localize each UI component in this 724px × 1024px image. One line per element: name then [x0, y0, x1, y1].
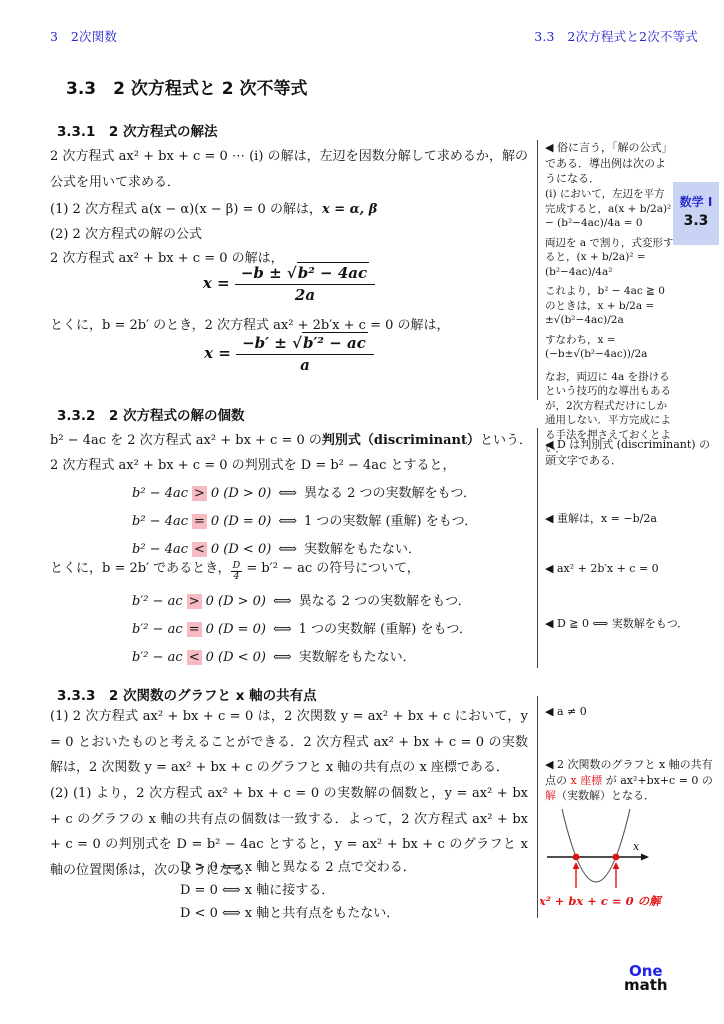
- display-formula-quadratic: x = −b ± √b² − 4ac 2a: [50, 264, 528, 304]
- header-chapter: 3 2次関数: [50, 27, 117, 45]
- graph-case-d-negative: D < 0 ⟺ x 軸と共有点をもたない．: [180, 902, 399, 921]
- formula2-lhs: x =: [204, 344, 231, 362]
- item-331-1-answer: x = α, β: [322, 202, 377, 217]
- paragraph-333-1: (1) 2 次方程式 ax² + bx + c = 0 は，2 次関数 y = …: [50, 704, 528, 781]
- iff-arrow: ⟺: [278, 514, 297, 529]
- derivation-step-3: これより，b² − 4ac ≧ 0 のときは，x + b/2a = ±√(b²−…: [545, 284, 675, 328]
- margin-rule-3: [537, 696, 538, 918]
- discriminant-term: 判別式（discriminant）: [322, 433, 480, 448]
- highlight-op: <: [187, 650, 202, 665]
- margin-note-a-nonzero: ◀ a ≠ 0: [545, 704, 715, 720]
- formula2-fraction: −b′ ± √b′² − ac a: [236, 334, 374, 374]
- iff-arrow: ⟺: [278, 486, 297, 501]
- item-331-1-text: (1) 2 次方程式 a(x − α)(x − β) = 0 の解は，: [50, 202, 322, 217]
- derivation-step-4: すなわち，x = (−b±√(b²−4ac))/2a: [545, 333, 675, 362]
- case-d-zero: b² − 4ac=0 (D = 0)⟺1 つの実数解 (重解) をもつ．: [132, 510, 477, 529]
- case-d-negative: b² − 4ac<0 (D < 0)⟺実数解をもたない．: [132, 538, 421, 557]
- graph-case-d-positive: D > 0 ⟺ x 軸と異なる 2 点で交わる．: [180, 856, 416, 875]
- chapter-tab-subject: 数学 I: [673, 193, 719, 210]
- highlight-op: <: [192, 542, 207, 557]
- formula1-lhs: x =: [203, 274, 230, 292]
- case-d-positive: b² − 4ac>0 (D > 0)⟺異なる 2 つの実数解をもつ．: [132, 482, 476, 501]
- figure-caption: ax² + bx + c = 0 の解: [540, 894, 663, 908]
- display-formula-quadratic-even: x = −b′ ± √b′² − ac a: [50, 334, 528, 374]
- highlight-op: >: [192, 486, 207, 501]
- highlight-op: >: [187, 594, 202, 609]
- iff-arrow: ⟺: [273, 650, 292, 665]
- formula1-radicand: b² − 4ac: [297, 262, 369, 282]
- parabola-curve: [562, 809, 630, 882]
- paragraph-331-special: とくに，b = 2b′ のとき，2 次方程式 ax² + 2b′x + c = …: [50, 315, 450, 336]
- subsection-331-heading: 3.3.1 2 次方程式の解法: [57, 120, 218, 140]
- section-title: 3.3 2 次方程式と 2 次不等式: [66, 74, 308, 99]
- logo-math-text: math: [624, 976, 668, 994]
- subsection-333-heading: 3.3.3 2 次関数のグラフと x 軸の共有点: [57, 684, 317, 704]
- header-section: 3.3 2次方程式と2次不等式: [534, 27, 698, 45]
- x-axis-label: x: [633, 840, 640, 853]
- case-d4-positive: b′² − ac>0 (D > 0)⟺異なる 2 つの実数解をもつ．: [132, 590, 471, 609]
- root-point-right: [613, 854, 620, 861]
- graph-case-d-zero: D = 0 ⟺ x 軸に接する．: [180, 879, 334, 898]
- margin-note-discriminant-initial: ◀ D は判別式 (discriminant) の頭文字である．: [545, 437, 715, 468]
- derivation-step-2: 両辺を a で割り，式変形すると，(x + b/2a)² = (b²−4ac)/…: [545, 236, 675, 280]
- case-d4-negative: b′² − ac<0 (D < 0)⟺実数解をもたない．: [132, 646, 416, 665]
- margin-note-even-coefficient: ◀ ax² + 2b′x + c = 0: [545, 561, 715, 577]
- item-331-1: (1) 2 次方程式 a(x − α)(x − β) = 0 の解は，x = α…: [50, 199, 377, 220]
- margin-rule-2: [537, 428, 538, 668]
- textbook-page: 3 2次関数 3.3 2次方程式と2次不等式 3.3 2 次方程式と 2 次不等…: [0, 0, 724, 1024]
- iff-arrow: ⟺: [273, 594, 292, 609]
- publisher-logo: One math: [624, 964, 668, 992]
- case-d4-zero: b′² − ac=0 (D = 0)⟺1 つの実数解 (重解) をもつ．: [132, 618, 472, 637]
- derivation-step-1: (i) において，左辺を平方完成すると，a(x + b/2a)² − (b²−4…: [545, 187, 675, 231]
- formula1-denominator: 2a: [235, 285, 375, 304]
- red-term-solution: 解: [545, 789, 556, 802]
- margin-note-double-root: ◀ 重解は，x = −b/2a: [545, 511, 715, 527]
- root-point-left: [573, 854, 580, 861]
- margin-rule-1: [537, 140, 538, 400]
- chapter-tab-number: 3.3: [673, 213, 719, 229]
- radical-icon: √: [292, 334, 302, 352]
- formula2-radicand: b′² − ac: [302, 332, 368, 352]
- chapter-tab: 数学 I 3.3: [673, 182, 719, 245]
- paragraph-332-quarter: とくに，b = 2b′ であるとき，D4 = b′² − ac の符号について，: [50, 558, 420, 582]
- highlight-op: =: [192, 514, 207, 529]
- formula1-numerator: −b ± √b² − 4ac: [235, 264, 375, 285]
- paragraph-332-discriminant: b² − 4ac を 2 次方程式 ax² + bx + c = 0 の判別式（…: [50, 430, 532, 451]
- margin-note-x-intercepts: ◀ 2 次関数のグラフと x 軸の共有点の x 座標 が ax²+bx+c = …: [545, 757, 713, 804]
- iff-arrow: ⟺: [273, 622, 292, 637]
- margin-note-derivation: (i) において，左辺を平方完成すると，a(x + b/2a)² − (b²−4…: [545, 187, 675, 462]
- d-over-4-fraction: D4: [231, 561, 243, 582]
- margin-note-quadratic-formula: ◀ 俗に言う，「解の公式」である．導出例は次のようになる．: [545, 140, 673, 187]
- item-331-2: (2) 2 次方程式の解の公式: [50, 224, 202, 245]
- subsection-332-heading: 3.3.2 2 次方程式の解の個数: [57, 404, 245, 424]
- formula2-numerator: −b′ ± √b′² − ac: [236, 334, 374, 355]
- radical-icon: √: [287, 264, 297, 282]
- margin-note-real-roots: ◀ D ≧ 0 ⟺ 実数解をもつ．: [545, 616, 720, 632]
- paragraph-331-intro: 2 次方程式 ax² + bx + c = 0 ⋯ (i) の解は，左辺を因数分…: [50, 144, 528, 196]
- highlight-op: =: [187, 622, 202, 637]
- figure-parabola-x-axis: x ax² + bx + c = 0 の解: [540, 804, 670, 912]
- x-axis-arrow-icon: [641, 854, 649, 861]
- paragraph-332-setup: 2 次方程式 ax² + bx + c = 0 の判別式を D = b² − 4…: [50, 455, 455, 476]
- iff-arrow: ⟺: [278, 542, 297, 557]
- red-term-x-coordinate: x 座標: [571, 774, 603, 787]
- formula2-denominator: a: [236, 355, 374, 374]
- formula1-fraction: −b ± √b² − 4ac 2a: [235, 264, 375, 304]
